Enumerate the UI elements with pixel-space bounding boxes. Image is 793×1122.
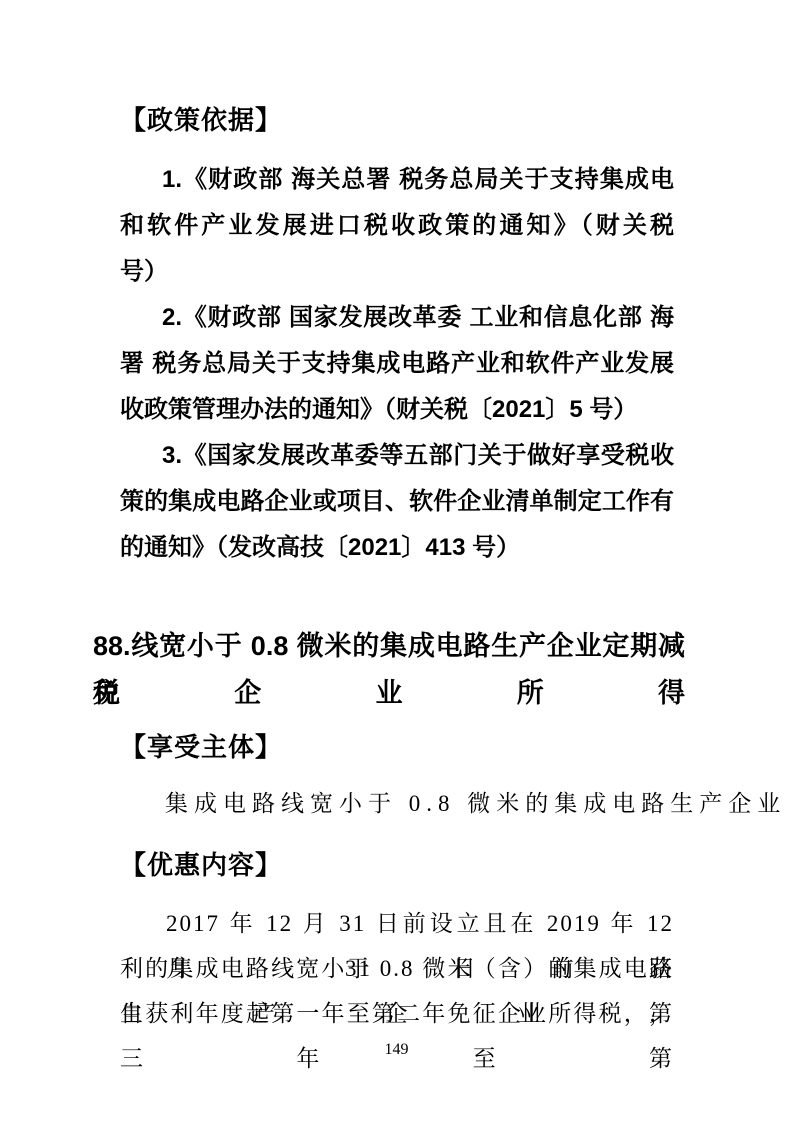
beneficiary-heading: 【享受主体】	[120, 731, 282, 763]
preference-body-line: 2017 年 12 月 31 日前设立且在 2019 年 12 月 31 日前获	[120, 901, 674, 946]
preference-body: 2017 年 12 月 31 日前设立且在 2019 年 12 月 31 日前获…	[120, 901, 674, 1036]
policy-item-3-line: 3.《国家发展改革委等五部门关于做好享受税收优惠政	[120, 433, 674, 479]
section-88-heading-line: 88.线宽小于 0.8 微米的集成电路生产企业定期减免企业所得	[93, 623, 685, 670]
section-88-heading: 88.线宽小于 0.8 微米的集成电路生产企业定期减免企业所得 税	[93, 623, 685, 717]
preference-body-line: 利的集成电路线宽小于 0.8 微米（含）的集成电路生产企业，	[120, 946, 674, 991]
policy-item-3-line: 策的集成电路企业或项目、软件企业清单制定工作有关要求	[120, 479, 674, 525]
preference-body-line: 自获利年度起第一年至第二年免征企业所得税，第三年至第	[120, 991, 674, 1036]
policy-item-3-line: 的通知》（发改高技〔2021〕413 号）	[120, 525, 674, 571]
policy-item-2-line: 署 税务总局关于支持集成电路产业和软件产业发展进口税	[120, 341, 674, 387]
policy-item-2-line: 收政策管理办法的通知》（财关税〔2021〕5 号）	[120, 387, 674, 433]
beneficiary-body: 集成电路线宽小于 0.8 微米的集成电路生产企业	[120, 781, 720, 827]
document-page: 【政策依据】 1.《财政部 海关总署 税务总局关于支持集成电路产业 和软件产业发…	[0, 0, 793, 1122]
page-number: 149	[0, 1040, 793, 1060]
policy-basis-items: 1.《财政部 海关总署 税务总局关于支持集成电路产业 和软件产业发展进口税收政策…	[120, 157, 674, 571]
policy-item-1-line: 号）	[120, 249, 674, 295]
policy-item-2-line: 2.《财政部 国家发展改革委 工业和信息化部 海关总	[120, 295, 674, 341]
policy-item-1-line: 和软件产业发展进口税收政策的通知》（财关税〔2021〕4	[120, 203, 674, 249]
policy-basis-heading: 【政策依据】	[120, 104, 282, 136]
policy-item-1-line: 1.《财政部 海关总署 税务总局关于支持集成电路产业	[120, 157, 674, 203]
preference-heading: 【优惠内容】	[120, 849, 282, 881]
